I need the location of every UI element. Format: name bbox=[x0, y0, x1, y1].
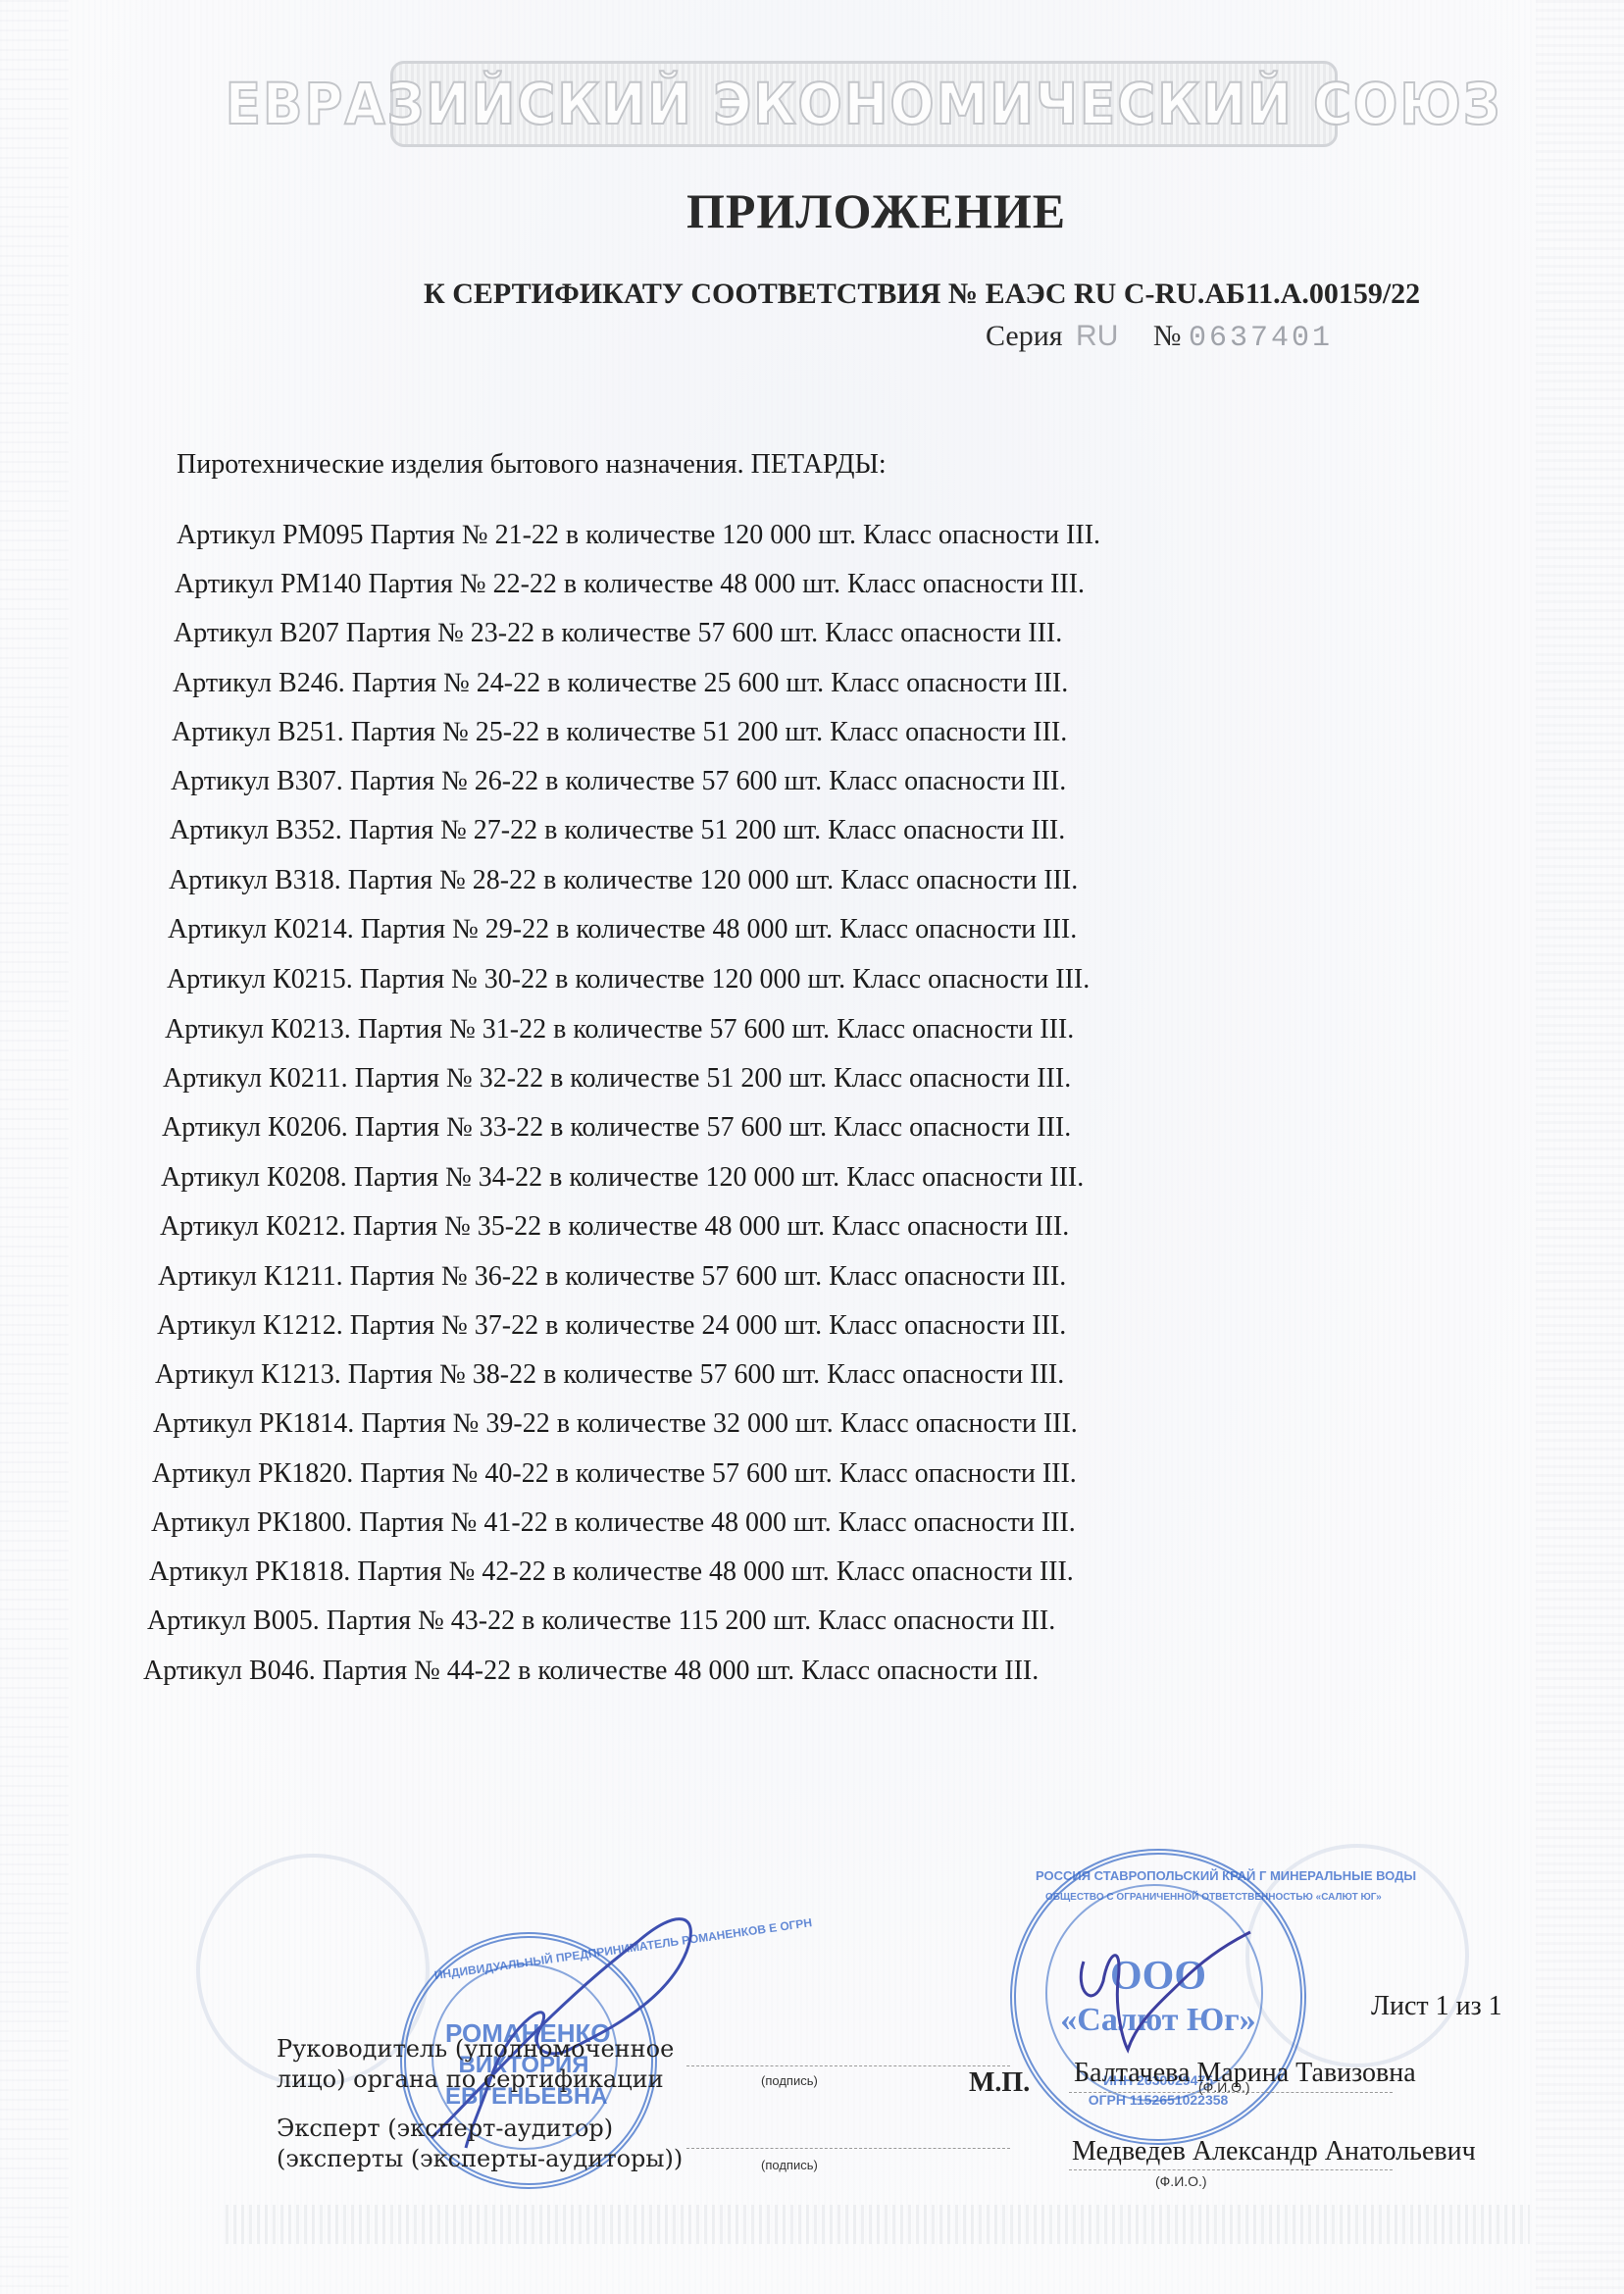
expert-name-line bbox=[1069, 2169, 1393, 2170]
signature-right-icon bbox=[1064, 1922, 1260, 2069]
series-value: RU bbox=[1076, 320, 1118, 352]
banner-text: ЕВРАЗИЙСКИЙ ЭКОНОМИЧЕСКИЙ СОЮЗ bbox=[226, 71, 1502, 137]
list-item: Артикул К1212. Партия № 37-22 в количест… bbox=[157, 1310, 1066, 1342]
series-number-line: Серия RU № 0637401 bbox=[986, 320, 1333, 355]
expert-signature-hint: (подпись) bbox=[761, 2158, 818, 2172]
expert-label: Эксперт (эксперт-аудитор) (эксперты (экс… bbox=[277, 2114, 683, 2174]
eaeu-banner: ЕВРАЗИЙСКИЙ ЭКОНОМИЧЕСКИЙ СОЮЗ bbox=[390, 61, 1338, 147]
list-item: Артикул В246. Партия № 24-22 в количеств… bbox=[173, 668, 1068, 699]
head-signature-line bbox=[686, 2065, 1010, 2066]
expert-signature-line bbox=[686, 2148, 1010, 2149]
list-item: Артикул К0211. Партия № 32-22 в количест… bbox=[163, 1063, 1071, 1095]
page-title: ПРИЛОЖЕНИЕ bbox=[686, 182, 1066, 239]
list-item: Артикул В352. Партия № 27-22 в количеств… bbox=[170, 815, 1065, 846]
expert-label-line2: (эксперты (эксперты-аудиторы)) bbox=[277, 2144, 683, 2174]
scan-edge-left bbox=[0, 0, 69, 2294]
product-description: Пиротехнические изделия бытового назначе… bbox=[177, 449, 887, 481]
certificate-reference: К СЕРТИФИКАТУ СООТВЕТСТВИЯ № ЕАЭС RU С-R… bbox=[424, 278, 1420, 311]
list-item: Артикул К0215. Партия № 30-22 в количест… bbox=[167, 964, 1090, 995]
list-item: Артикул К0206. Партия № 33-22 в количест… bbox=[162, 1112, 1071, 1144]
list-item: Артикул К1213. Партия № 38-22 в количест… bbox=[155, 1359, 1064, 1391]
list-item: Артикул РК1800. Партия № 41-22 в количес… bbox=[151, 1507, 1076, 1539]
list-item: Артикул К0214. Партия № 29-22 в количест… bbox=[168, 914, 1077, 945]
list-item: Артикул В318. Партия № 28-22 в количеств… bbox=[169, 865, 1078, 896]
list-item: Артикул РМ095 Партия № 21-22 в количеств… bbox=[177, 520, 1100, 551]
list-item: Артикул РК1818. Партия № 42-22 в количес… bbox=[149, 1556, 1074, 1588]
list-item: Артикул К1211. Партия № 36-22 в количест… bbox=[158, 1261, 1066, 1293]
head-fio-hint: (Ф.И.О.) bbox=[1198, 2079, 1250, 2095]
series-label: Серия bbox=[986, 320, 1063, 352]
list-item: Артикул В005. Партия № 43-22 в количеств… bbox=[147, 1606, 1055, 1637]
list-item: Артикул К0212. Партия № 35-22 в количест… bbox=[160, 1211, 1069, 1243]
list-item: Артикул РК1820. Партия № 40-22 в количес… bbox=[152, 1458, 1077, 1490]
expert-name: Медведев Александр Анатольевич bbox=[1072, 2136, 1476, 2167]
stamp-inner-ring-text: ОБЩЕСТВО С ОГРАНИЧЕННОЙ ОТВЕТСТВЕННОСТЬЮ… bbox=[1045, 1892, 1261, 1903]
head-label-line1: Руководитель (уполномоченное bbox=[277, 2034, 674, 2065]
form-footer-strip bbox=[226, 2205, 1530, 2244]
list-item: Артикул В307. Партия № 26-22 в количеств… bbox=[171, 766, 1066, 797]
expert-fio-hint: (Ф.И.О.) bbox=[1155, 2173, 1207, 2189]
stamp-ring-text: РОССИЯ СТАВРОПОЛЬСКИЙ КРАЙ Г МИНЕРАЛЬНЫЕ… bbox=[1036, 1868, 1271, 1883]
list-item: Артикул РМ140 Партия № 22-22 в количеств… bbox=[175, 569, 1085, 600]
head-label-line2: лицо) органа по сертификации bbox=[277, 2065, 674, 2095]
sheet-counter: Лист 1 из 1 bbox=[1371, 1991, 1502, 2022]
list-item: Артикул В207 Партия № 23-22 в количестве… bbox=[174, 618, 1062, 649]
list-item: Артикул В046. Партия № 44-22 в количеств… bbox=[143, 1656, 1039, 1687]
list-item: Артикул РК1814. Партия № 39-22 в количес… bbox=[153, 1408, 1078, 1440]
head-signature-hint: (подпись) bbox=[761, 2073, 818, 2088]
expert-label-line1: Эксперт (эксперт-аудитор) bbox=[277, 2114, 683, 2144]
scan-edge-right bbox=[1536, 0, 1624, 2294]
number-value: 0637401 bbox=[1189, 322, 1333, 355]
list-item: Артикул К0208. Партия № 34-22 в количест… bbox=[161, 1162, 1084, 1194]
head-label: Руководитель (уполномоченное лицо) орган… bbox=[277, 2034, 674, 2095]
list-item: Артикул К0213. Партия № 31-22 в количест… bbox=[165, 1014, 1074, 1045]
seal-label: М.П. bbox=[969, 2067, 1030, 2099]
number-label: № bbox=[1153, 320, 1182, 352]
list-item: Артикул В251. Партия № 25-22 в количеств… bbox=[172, 717, 1067, 748]
